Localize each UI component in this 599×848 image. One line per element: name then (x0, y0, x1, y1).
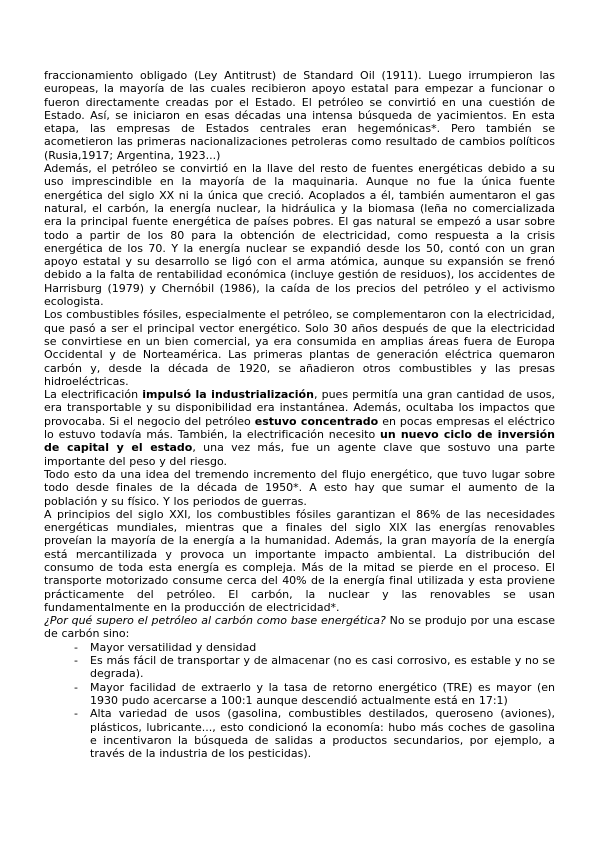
paragraph-fuentes-energeticas: Además, el petróleo se convirtió en la l… (44, 162, 555, 308)
list-item: - Mayor versatilidad y densidad (44, 641, 555, 654)
document-page: fraccionamiento obligado (Ley Antitrust)… (0, 0, 599, 848)
list-item-text: Alta variedad de usos (gasolina, combust… (90, 707, 555, 760)
list-item-text: Es más fácil de transportar y de almacen… (90, 654, 555, 681)
bullet-marker: - (74, 654, 90, 681)
bullet-marker: - (74, 641, 90, 654)
bullet-list: - Mayor versatilidad y densidad - Es más… (44, 641, 555, 761)
paragraph-pregunta-petroleo-carbon: ¿Por qué supero el petróleo al carbón co… (44, 614, 555, 641)
list-item-text: Mayor facilidad de extraerlo y la tasa d… (90, 681, 555, 708)
paragraph-flujo-energetico: Todo esto da una idea del tremendo incre… (44, 468, 555, 508)
paragraph-siglo-xxi: A principios del siglo XXI, los combusti… (44, 508, 555, 614)
paragraph-combustibles-fosiles: Los combustibles fósiles, especialmente … (44, 308, 555, 388)
paragraph-standard-oil: fraccionamiento obligado (Ley Antitrust)… (44, 69, 555, 162)
list-item: - Mayor facilidad de extraerlo y la tasa… (44, 681, 555, 708)
list-item-text: Mayor versatilidad y densidad (90, 641, 555, 654)
list-item: - Alta variedad de usos (gasolina, combu… (44, 707, 555, 760)
bullet-marker: - (74, 707, 90, 760)
bullet-marker: - (74, 681, 90, 708)
paragraph-electrificacion: La electrificación impulsó la industrial… (44, 388, 555, 468)
list-item: - Es más fácil de transportar y de almac… (44, 654, 555, 681)
